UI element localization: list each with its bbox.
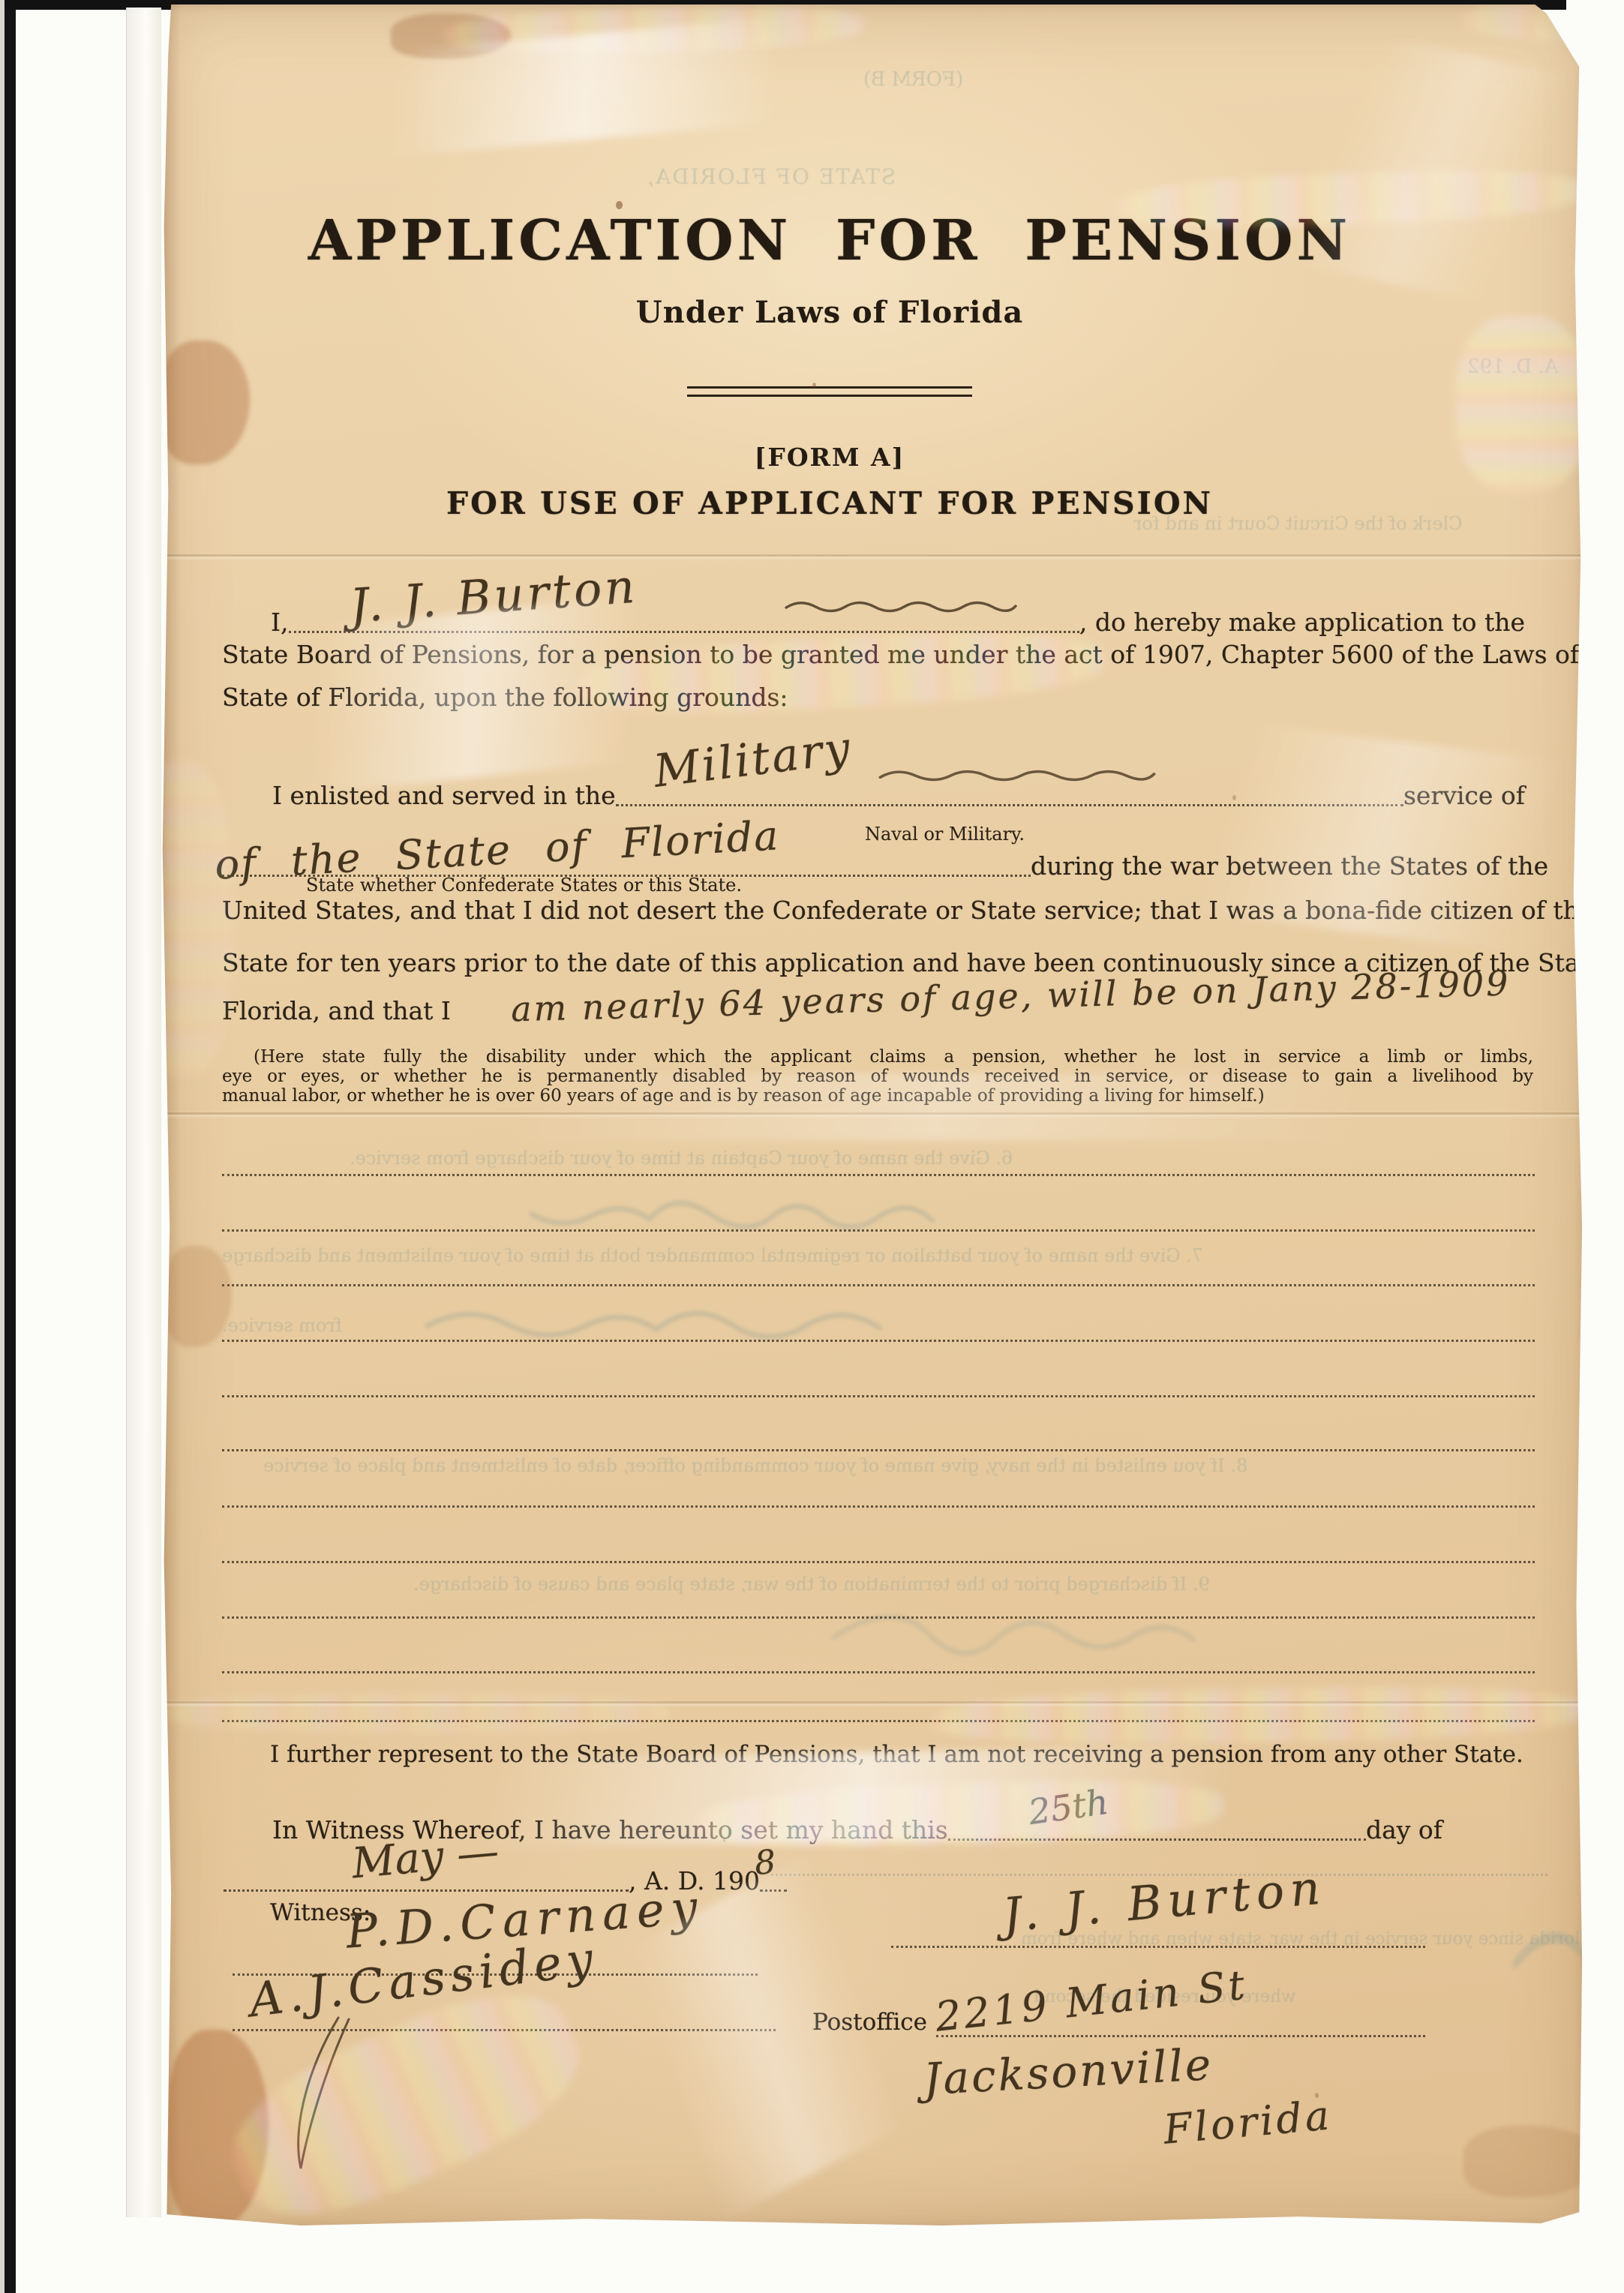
bleedthrough-state-heading: STATE OF FLORIDA, bbox=[646, 164, 896, 189]
iridescent-reflection bbox=[1456, 316, 1587, 492]
stain bbox=[160, 341, 250, 464]
answer-line bbox=[222, 1395, 1535, 1397]
stain bbox=[1463, 2126, 1598, 2197]
bleedthrough-from-service: from service. bbox=[222, 1315, 342, 1336]
pension-application-form: (FORM B) STATE OF FLORIDA, A. D. 192 Cle… bbox=[158, 5, 1583, 2228]
answer-line bbox=[222, 1561, 1535, 1563]
answer-line bbox=[222, 1449, 1535, 1451]
fold-crease bbox=[158, 554, 1583, 557]
bleedthrough-script-squiggle bbox=[421, 1304, 886, 1345]
flourish-line bbox=[785, 597, 1017, 615]
double-rule bbox=[687, 386, 972, 397]
plastic-sheen bbox=[1109, 708, 1624, 965]
postoffice-handwriting: 2219 Main St bbox=[933, 1961, 1250, 2040]
plastic-sheen bbox=[188, 1073, 1624, 1141]
ink-specks bbox=[616, 201, 623, 209]
document-subtitle: Under Laws of Florida bbox=[636, 295, 1024, 330]
fine-print-line-1: (Here state fully the disability under w… bbox=[222, 1047, 1533, 1067]
scanned-document-page: (FORM B) STATE OF FLORIDA, A. D. 192 Cle… bbox=[0, 0, 1624, 2293]
answer-line bbox=[222, 1340, 1535, 1342]
flourish-line bbox=[878, 765, 1156, 785]
second-sheet-edge bbox=[126, 8, 161, 2217]
bleedthrough-question-8: 8. If you enlisted in the navy, give nam… bbox=[263, 1455, 1247, 1476]
bleedthrough-question-6: 6. Give the name of your Captain at time… bbox=[350, 1148, 1013, 1169]
intro-post: , do hereby make application to the bbox=[1079, 608, 1525, 637]
answer-line bbox=[222, 1229, 1535, 1232]
answer-line bbox=[222, 1616, 1535, 1619]
form-heading: FOR USE OF APPLICANT FOR PENSION bbox=[446, 485, 1213, 521]
iridescent-reflection bbox=[930, 1682, 1583, 1748]
scan-black-border-left bbox=[5, 0, 16, 2293]
continuation-line-3: Florida, and that I bbox=[222, 996, 451, 1025]
applicant-signature-line bbox=[891, 1946, 1425, 1948]
naval-or-military-caption: Naval or Military. bbox=[865, 824, 1025, 845]
answer-line bbox=[222, 1671, 1535, 1673]
bleedthrough-script-squiggle bbox=[1508, 1925, 1624, 1992]
city-handwriting: Jacksonville bbox=[922, 2039, 1214, 2105]
iridescent-reflection bbox=[158, 1694, 668, 1733]
state-handwriting: Florida bbox=[1162, 2091, 1334, 2153]
bleedthrough-question-7: 7. Give the name of your battalion or re… bbox=[222, 1245, 1203, 1266]
month-year-row: , A. D. 190 bbox=[224, 1861, 801, 1895]
answer-line bbox=[222, 1284, 1535, 1286]
paper-edge-shadow bbox=[158, 5, 181, 2228]
bleedthrough-question-9: 9. If discharged prior to the terminatio… bbox=[413, 1574, 1210, 1595]
form-label: [FORM A] bbox=[755, 443, 905, 472]
answer-line bbox=[222, 1505, 1535, 1508]
bleedthrough-script-squiggle bbox=[526, 1193, 938, 1235]
answer-line bbox=[222, 1174, 1535, 1176]
postoffice-line bbox=[936, 2035, 1425, 2037]
